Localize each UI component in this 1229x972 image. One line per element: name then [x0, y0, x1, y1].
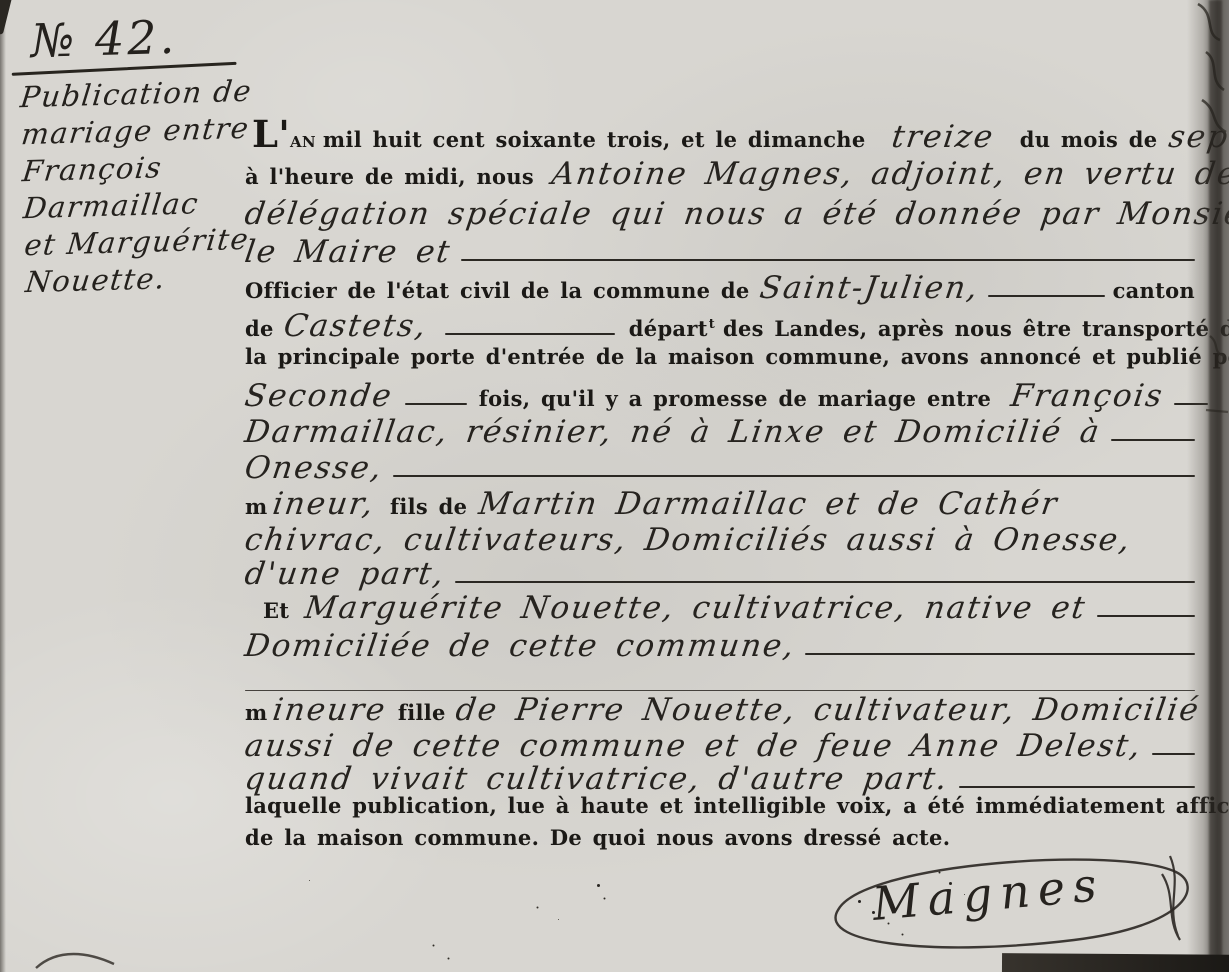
form-line: Darmaillac, résinier, né à Linxe et Domi… — [245, 414, 1195, 454]
handwritten-text: ineure — [270, 692, 388, 728]
handwritten-text: chivrac, cultivateurs, Domiciliés aussi … — [242, 522, 1133, 558]
next-entry-fragment — [30, 946, 120, 972]
registry-page: № 42. Publication de mariage entre Franç… — [0, 0, 1229, 972]
form-line: le Maire et — [245, 234, 1195, 274]
form-line: m ineure fille de Pierre Nouette, cultiv… — [245, 692, 1195, 732]
printed-text: laquelle publication, lue à haute et int… — [245, 793, 1229, 818]
printed-text: départ — [629, 316, 708, 341]
ink-specks — [0, 0, 3, 3]
form-line: Officier de l'état civil de la commune d… — [245, 270, 1195, 310]
form-line: m ineur, fils de Martin Darmaillac et de… — [245, 486, 1195, 526]
printed-text: Et — [263, 598, 289, 623]
form-line: Domiciliée de cette commune, — [245, 628, 1195, 668]
printed-text: m — [245, 700, 268, 725]
fill-rule — [988, 295, 1104, 297]
printed-text: du mois de — [1020, 127, 1158, 152]
fill-rule — [445, 333, 615, 335]
gutter-shadow — [1187, 0, 1229, 972]
fill-rule — [461, 259, 1195, 261]
handwritten-text: délégation spéciale qui nous a été donné… — [242, 196, 1229, 232]
form-line: Onesse, — [245, 450, 1195, 490]
printed-text: L'an — [252, 112, 316, 156]
printed-text: la principale porte d'entrée de la maiso… — [245, 344, 1229, 369]
signature-flourish: Magnes — [822, 846, 1214, 964]
handwritten-text: Martin Darmaillac et de Cathér — [477, 486, 1061, 522]
printed-text: fils de — [390, 494, 467, 519]
gutter-shadow-core — [1209, 0, 1222, 972]
handwritten-text: Darmaillac, résinier, né à Linxe et Domi… — [242, 414, 1103, 450]
handwritten-text: quand vivait cultivatrice, d'autre part. — [242, 761, 951, 797]
scan-corner-mark — [0, 0, 13, 35]
fill-rule — [393, 475, 1195, 477]
form-line: délégation spéciale qui nous a été donné… — [245, 196, 1195, 236]
handwritten-text: de Pierre Nouette, cultivateur, Domicili… — [453, 692, 1202, 728]
form-line: Et Marguérite Nouette, cultivatrice, nat… — [245, 590, 1195, 630]
handwritten-text: treize — [889, 119, 996, 155]
fill-rule — [959, 786, 1195, 788]
handwritten-text: Onesse, — [242, 450, 385, 486]
fill-rule — [245, 690, 1195, 692]
handwritten-text: le Maire et — [242, 234, 453, 270]
form-line: Seconde fois, qu'il y a promesse de mari… — [245, 378, 1195, 418]
printed-text: Officier de l'état civil de la commune d… — [245, 278, 750, 303]
form-line: à l'heure de midi, nous Antoine Magnes, … — [245, 156, 1195, 196]
printed-text: mil huit cent soixante trois, et le dima… — [323, 127, 866, 152]
printed-superscript: t — [709, 317, 715, 332]
handwritten-text: ineur, — [270, 486, 377, 522]
handwritten-text: Castets, — [281, 308, 429, 344]
signature-name: Magnes — [869, 857, 1106, 931]
fill-rule — [405, 403, 467, 405]
scan-left-edge — [0, 0, 6, 972]
handwritten-text: Saint-Julien, — [757, 270, 981, 306]
printed-text: fois, qu'il y a promesse de mariage entr… — [479, 386, 991, 411]
scan-bottom-edge — [1002, 953, 1229, 972]
form-line: de Castets, départ t des Landes, après n… — [245, 308, 1195, 348]
form-line: L'an mil huit cent soixante trois, et le… — [252, 112, 1195, 152]
handwritten-text: Domiciliée de cette commune, — [242, 628, 797, 664]
handwritten-text: d'une part, — [242, 556, 447, 592]
handwritten-text: Marguérite Nouette, cultivatrice, native… — [303, 590, 1089, 626]
printed-text: fille — [398, 700, 446, 725]
fill-rule — [805, 653, 1195, 655]
printed-text: m — [245, 494, 268, 519]
printed-text: à l'heure de midi, nous — [245, 164, 534, 189]
handwritten-text: aussi de cette commune et de feue Anne D… — [242, 728, 1144, 764]
fill-rule — [455, 581, 1195, 583]
handwritten-text: Seconde — [242, 378, 395, 414]
printed-text: de — [245, 316, 274, 341]
official-signature: Magnes — [822, 846, 1214, 964]
entry-number: № 42. — [18, 6, 319, 68]
handwritten-text: Antoine Magnes, adjoint, en vertu de la — [550, 156, 1229, 192]
